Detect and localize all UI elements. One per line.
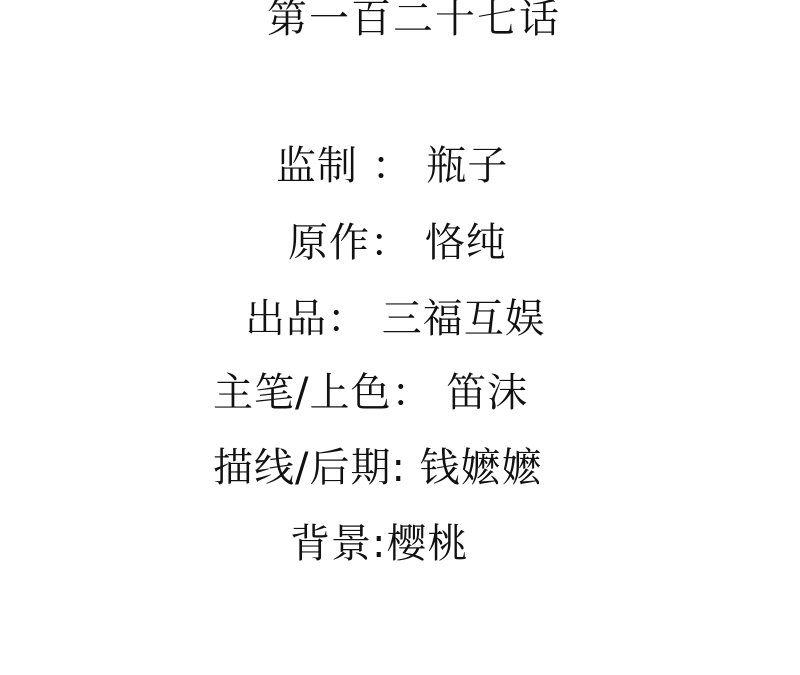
credit-original-author: 原作： 恪纯	[288, 219, 507, 267]
credit-lineart-post: 描线/后期: 钱嬷嬷	[213, 444, 543, 492]
credit-lead-artist-colorist: 主笔/上色： 笛沫	[213, 369, 528, 417]
credit-supervisor: 监制 ： 瓶子	[276, 142, 508, 190]
credit-producer: 出品： 三福互娱	[245, 295, 546, 343]
chapter-title: 第一百二十七话	[267, 0, 561, 43]
credit-background: 背景:樱桃	[290, 520, 468, 568]
